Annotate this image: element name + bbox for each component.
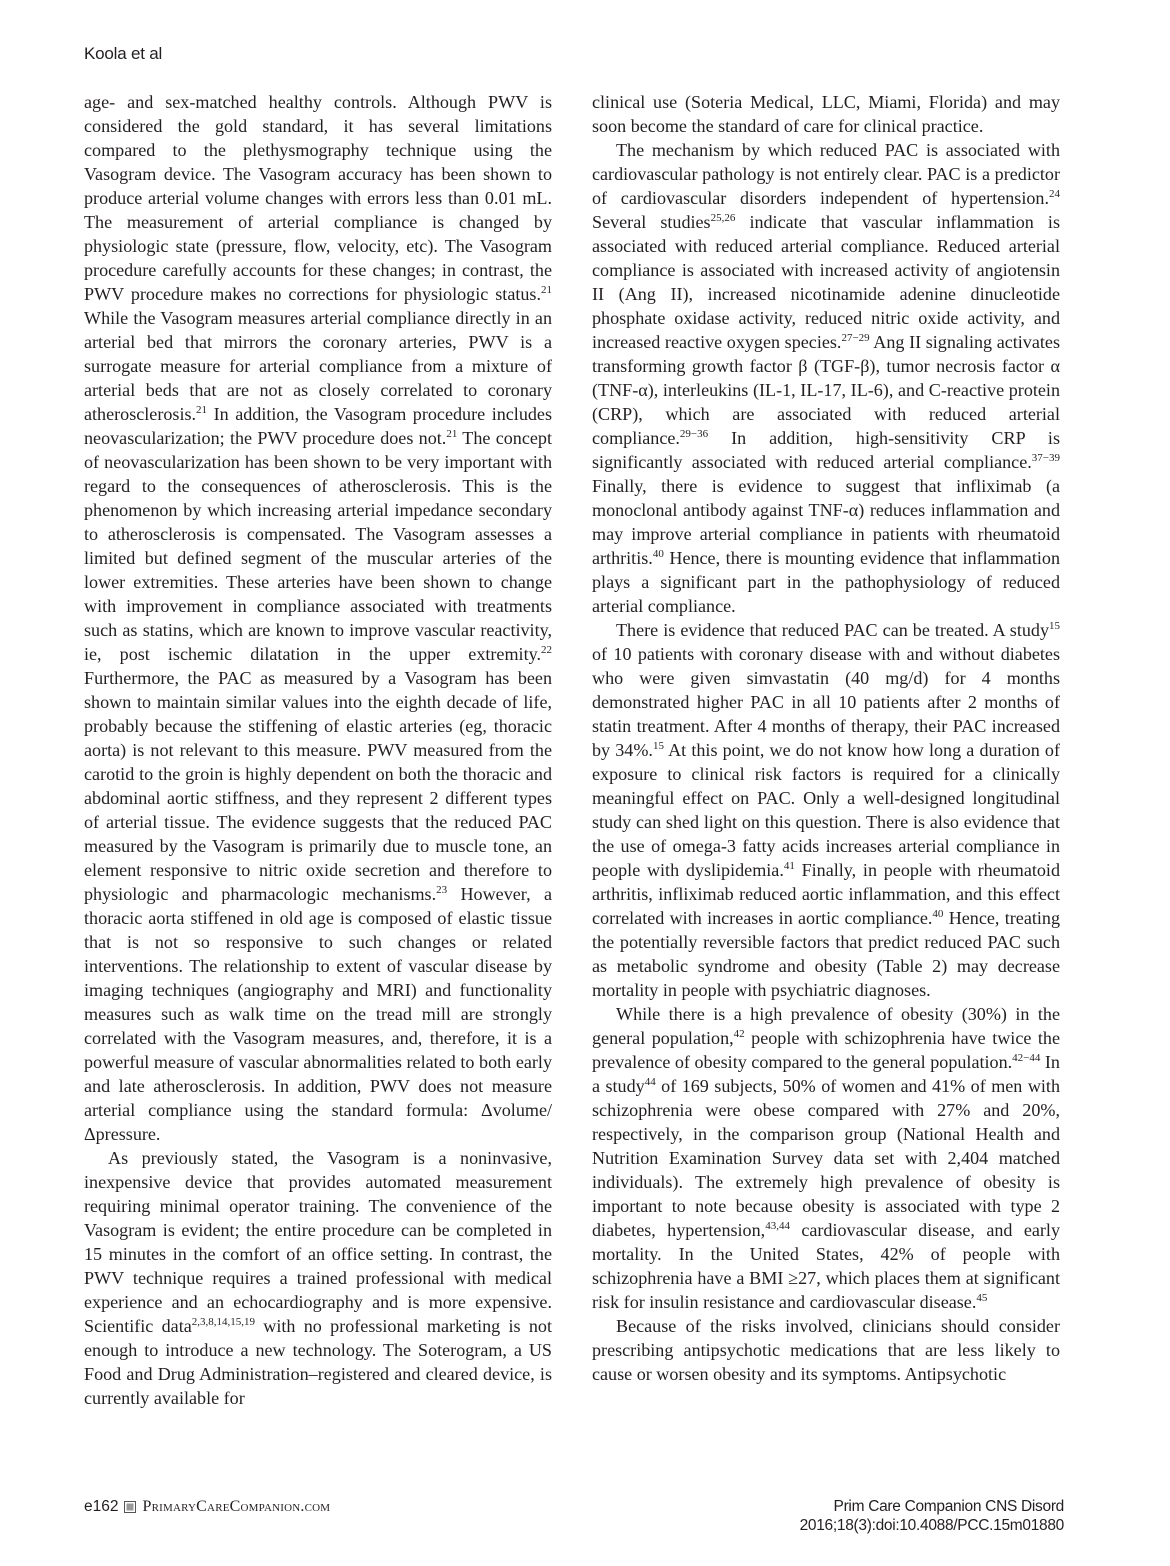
citation-superscript: 21 xyxy=(541,284,552,296)
citation-superscript: 43,44 xyxy=(765,1220,790,1232)
paragraph: Because of the risks involved, clinician… xyxy=(592,1314,1060,1386)
citation-superscript: 42 xyxy=(734,1028,745,1040)
left-column: age- and sex-matched healthy controls. A… xyxy=(84,90,552,1410)
paragraph: There is evidence that reduced PAC can b… xyxy=(592,618,1060,1002)
footer-right: Prim Care Companion CNS Disord 2016;18(3… xyxy=(800,1497,1064,1535)
citation-superscript: 22 xyxy=(541,644,552,656)
citation-superscript: 23 xyxy=(436,884,447,896)
citation-superscript: 29−36 xyxy=(680,428,708,440)
citation-superscript: 2,3,8,14,15,19 xyxy=(192,1316,255,1328)
citation-superscript: 42−44 xyxy=(1012,1052,1040,1064)
citation-superscript: 40 xyxy=(932,908,943,920)
paragraph: age- and sex-matched healthy controls. A… xyxy=(84,90,552,1146)
citation-superscript: 15 xyxy=(1049,620,1060,632)
page-number: e162 xyxy=(84,1498,118,1516)
running-head: Koola et al xyxy=(84,44,162,64)
citation-superscript: 44 xyxy=(645,1076,656,1088)
paragraph: As previously stated, the Vasogram is a … xyxy=(84,1146,552,1410)
citation-superscript: 37−39 xyxy=(1032,452,1060,464)
paragraph: The mechanism by which reduced PAC is as… xyxy=(592,138,1060,618)
citation-superscript: 45 xyxy=(976,1292,987,1304)
citation-superscript: 15 xyxy=(653,740,664,752)
citation-doi: 2016;18(3):doi:10.4088/PCC.15m01880 xyxy=(800,1516,1064,1535)
footer-left: e162 PrimaryCareCompanion.com xyxy=(84,1498,330,1516)
square-bullet-icon xyxy=(124,1501,136,1513)
website-link[interactable]: PrimaryCareCompanion.com xyxy=(142,1498,330,1516)
journal-name: Prim Care Companion CNS Disord xyxy=(800,1497,1064,1516)
citation-superscript: 24 xyxy=(1049,188,1060,200)
citation-superscript: 25,26 xyxy=(711,212,736,224)
paragraph: While there is a high prevalence of obes… xyxy=(592,1002,1060,1314)
citation-superscript: 41 xyxy=(784,860,795,872)
citation-superscript: 27−29 xyxy=(841,332,869,344)
paragraph: clinical use (Soteria Medical, LLC, Miam… xyxy=(592,90,1060,138)
citation-superscript: 21 xyxy=(196,404,207,416)
citation-superscript: 21 xyxy=(446,428,457,440)
right-column: clinical use (Soteria Medical, LLC, Miam… xyxy=(592,90,1060,1386)
citation-superscript: 40 xyxy=(653,548,664,560)
